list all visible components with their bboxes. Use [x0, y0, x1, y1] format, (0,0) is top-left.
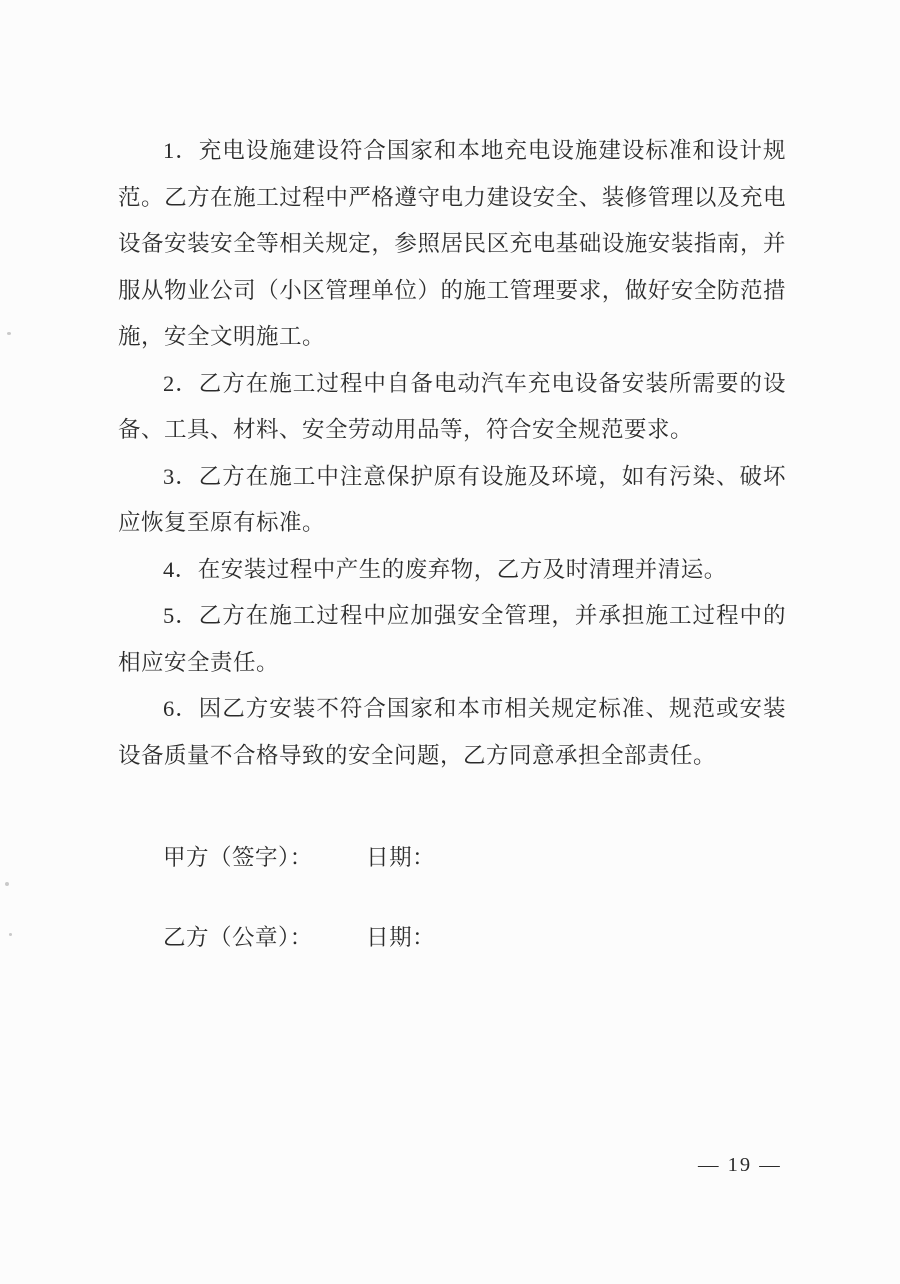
page-number: — 19 —	[698, 1150, 782, 1180]
clause-1: 1．充电设施建设符合国家和本地充电设施建设标准和设计规范。乙方在施工过程中严格遵…	[118, 128, 786, 361]
party-a-signature-label: 甲方（签字）：	[163, 835, 360, 882]
clause-3: 3．乙方在施工中注意保护原有设施及环境，如有污染、破坏应恢复至原有标准。	[118, 454, 786, 547]
signature-block: 甲方（签字）： 日期： 乙方（公章）： 日期：	[118, 835, 786, 961]
scan-speck	[9, 933, 12, 936]
scan-speck	[7, 332, 11, 335]
scanned-contract-page: 1．充电设施建设符合国家和本地充电设施建设标准和设计规范。乙方在施工过程中严格遵…	[0, 0, 900, 1284]
party-b-seal-label: 乙方（公章）：	[163, 915, 360, 962]
clause-2: 2．乙方在施工过程中自备电动汽车充电设备安装所需要的设备、工具、材料、安全劳动用…	[118, 361, 786, 454]
clause-6: 6．因乙方安装不符合国家和本市相关规定标准、规范或安装设备质量不合格导致的安全问…	[118, 686, 786, 779]
contract-body: 1．充电设施建设符合国家和本地充电设施建设标准和设计规范。乙方在施工过程中严格遵…	[118, 128, 786, 961]
clause-4: 4．在安装过程中产生的废弃物，乙方及时清理并清运。	[118, 547, 786, 594]
signature-row-party-b: 乙方（公章）： 日期：	[118, 915, 786, 962]
scan-speck	[5, 882, 9, 886]
clause-5: 5．乙方在施工过程中应加强安全管理，并承担施工过程中的相应安全责任。	[118, 593, 786, 686]
party-a-date-label: 日期：	[366, 835, 435, 882]
signature-row-party-a: 甲方（签字）： 日期：	[118, 835, 786, 882]
party-b-date-label: 日期：	[366, 915, 435, 962]
